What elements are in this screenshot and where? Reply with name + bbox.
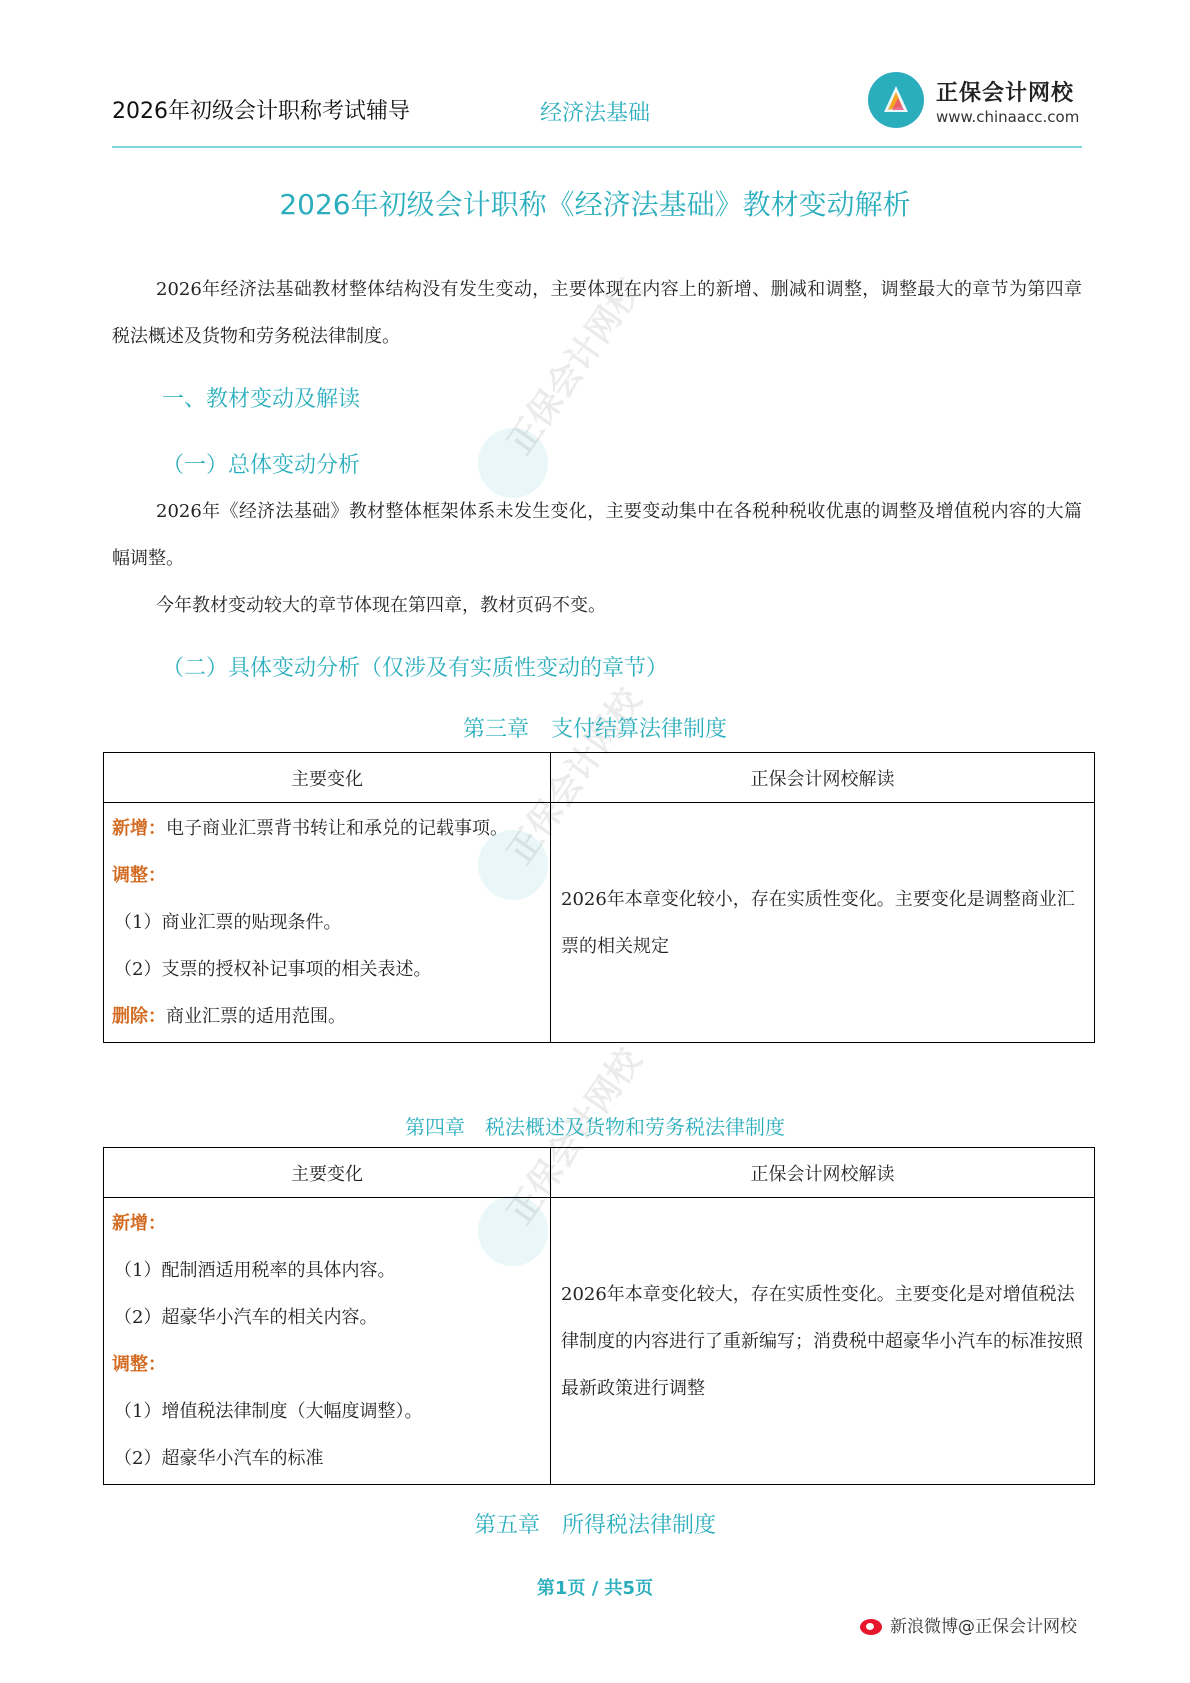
chapter-4-title: 第四章 税法概述及货物和劳务税法律制度 [0, 1111, 1190, 1140]
changes-cell: 新增： （1）配制酒适用税率的具体内容。 （2）超豪华小汽车的相关内容。 调整：… [104, 1198, 551, 1485]
logo-icon [868, 72, 924, 128]
page-title: 2026年初级会计职称《经济法基础》教材变动解析 [0, 183, 1190, 223]
header-divider [112, 146, 1082, 148]
interpretation-cell: 2026年本章变化较小，存在实质性变化。主要变化是调整商业汇票的相关规定 [551, 803, 1095, 1043]
delete-text: 商业汇票的适用范围。 [166, 1006, 346, 1027]
added-text: 电子商业汇票背书转让和承兑的记载事项。 [166, 818, 508, 839]
changes-cell: 新增：电子商业汇票背书转让和承兑的记载事项。 调整： （1）商业汇票的贴现条件。… [104, 803, 551, 1043]
table-header-row: 主要变化 正保会计网校解读 [104, 1148, 1095, 1198]
subsection-heading-overall: （一）总体变动分析 [162, 448, 360, 479]
subsection-heading-detail: （二）具体变动分析（仅涉及有实质性变动的章节） [162, 651, 668, 682]
chapter-4-table: 主要变化 正保会计网校解读 新增： （1）配制酒适用税率的具体内容。 （2）超豪… [103, 1147, 1095, 1485]
adjust-item: （2）超豪华小汽车的标准 [112, 1435, 542, 1482]
added-item: （1）配制酒适用税率的具体内容。 [112, 1247, 542, 1294]
added-label: 新增： [112, 1200, 542, 1247]
added-entry: 新增：电子商业汇票背书转让和承兑的记载事项。 [112, 805, 542, 852]
logo-name: 正保会计网校 [936, 76, 1074, 107]
added-label: 新增： [112, 818, 166, 839]
adjust-item: （1）商业汇票的贴现条件。 [112, 899, 542, 946]
weibo-text: 新浪微博@正保会计网校 [890, 1617, 1077, 1637]
chapter-3-table: 主要变化 正保会计网校解读 新增：电子商业汇票背书转让和承兑的记载事项。 调整：… [103, 752, 1095, 1043]
logo-url: www.chinaacc.com [936, 108, 1079, 126]
header-exam-title: 2026年初级会计职称考试辅导 [112, 94, 410, 125]
added-item: （2）超豪华小汽车的相关内容。 [112, 1294, 542, 1341]
weibo-credit: 新浪微博@正保会计网校 [860, 1612, 1077, 1637]
column-header-changes: 主要变化 [104, 1148, 551, 1198]
adjust-label: 调整： [112, 852, 542, 899]
brand-logo: 正保会计网校 www.chinaacc.com [868, 70, 1098, 136]
column-header-interpretation: 正保会计网校解读 [551, 753, 1095, 803]
overall-paragraph-2: 今年教材变动较大的章节体现在第四章，教材页码不变。 [112, 582, 1082, 629]
interpretation-cell: 2026年本章变化较大，存在实质性变化。主要变化是对增值税法律制度的内容进行了重… [551, 1198, 1095, 1485]
adjust-label: 调整： [112, 1341, 542, 1388]
table-row: 新增：电子商业汇票背书转让和承兑的记载事项。 调整： （1）商业汇票的贴现条件。… [104, 803, 1095, 1043]
intro-paragraph: 2026年经济法基础教材整体结构没有发生变动，主要体现在内容上的新增、删减和调整… [112, 266, 1082, 360]
column-header-changes: 主要变化 [104, 753, 551, 803]
table-row: 新增： （1）配制酒适用税率的具体内容。 （2）超豪华小汽车的相关内容。 调整：… [104, 1198, 1095, 1485]
section-heading: 一、教材变动及解读 [162, 382, 360, 413]
table-header-row: 主要变化 正保会计网校解读 [104, 753, 1095, 803]
chapter-5-title: 第五章 所得税法律制度 [0, 1508, 1190, 1539]
delete-label: 删除： [112, 1006, 166, 1027]
adjust-item: （1）增值税法律制度（大幅度调整）。 [112, 1388, 542, 1435]
header-subject: 经济法基础 [540, 96, 650, 127]
column-header-interpretation: 正保会计网校解读 [551, 1148, 1095, 1198]
delete-entry: 删除：商业汇票的适用范围。 [112, 993, 542, 1040]
chapter-3-title: 第三章 支付结算法律制度 [0, 712, 1190, 743]
overall-paragraph: 2026年《经济法基础》教材整体框架体系未发生变化，主要变动集中在各税种税收优惠… [112, 488, 1082, 582]
adjust-item: （2）支票的授权补记事项的相关表述。 [112, 946, 542, 993]
page-indicator: 第1页 / 共5页 [0, 1574, 1190, 1600]
weibo-icon [860, 1619, 882, 1635]
